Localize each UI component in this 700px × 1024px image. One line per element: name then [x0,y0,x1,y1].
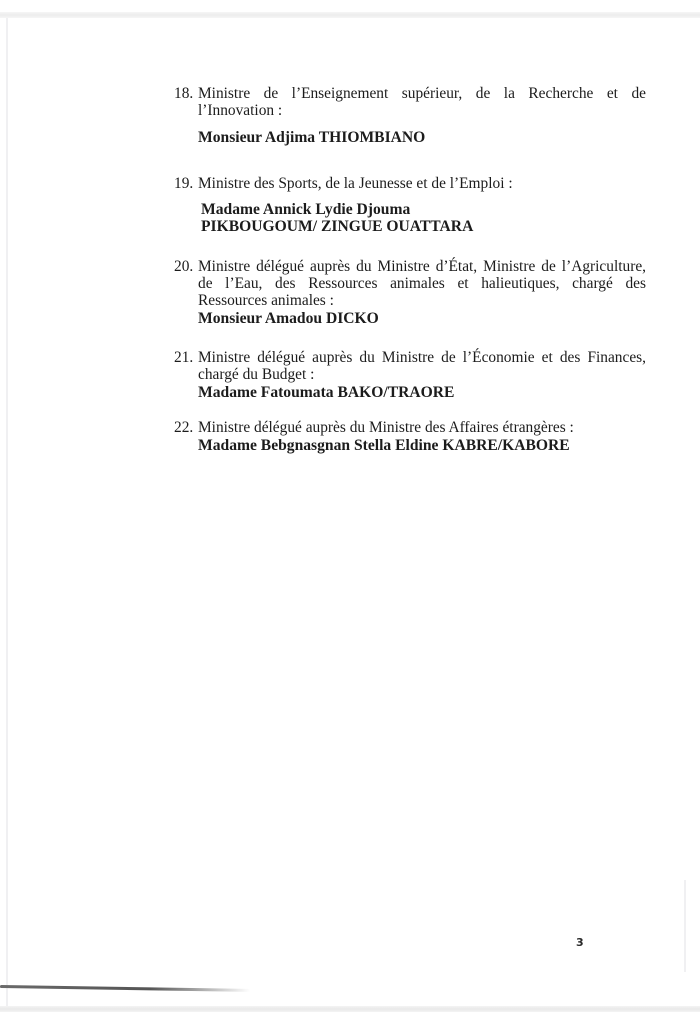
minister-name: Madame Bebgnasgnan Stella Eldine KABRE/K… [174,437,646,454]
scan-left-edge [6,18,8,1006]
minister-title: 22.Ministre délégué auprès du Ministre d… [174,419,646,436]
entry-number: 19. [174,175,198,192]
scan-top-edge [0,12,700,18]
page-number: 3 [576,936,584,949]
entry-number: 22. [174,419,198,436]
minister-entry: 22.Ministre délégué auprès du Ministre d… [174,419,646,454]
minister-title-text: Ministre des Sports, de la Jeunesse et d… [198,175,513,192]
minister-entry: 18.Ministre de l’Enseignement supérieur,… [174,85,646,146]
minister-title-text: Ministre délégué auprès du Ministre des … [198,419,574,436]
minister-name: Madame Fatoumata BAKO/TRAORE [174,384,646,401]
minister-name: Madame Annick Lydie Djouma PIKBOUGOUM/ Z… [177,201,501,235]
entry-number: 20. [174,258,198,275]
entry-number: 18. [174,85,198,102]
minister-title: 18.Ministre de l’Enseignement supérieur,… [174,85,646,119]
minister-title: 19.Ministre des Sports, de la Jeunesse e… [174,175,646,192]
minister-entry: 19.Ministre des Sports, de la Jeunesse e… [174,175,646,235]
minister-name: Monsieur Adjima THIOMBIANO [174,129,646,146]
scan-right-edge [684,880,686,972]
minister-title-text: Ministre de l’Enseignement supérieur, de… [198,85,646,119]
minister-title: 21.Ministre délégué auprès du Ministre d… [174,349,646,383]
page-edge-shadow [0,985,250,992]
minister-entry: 20.Ministre délégué auprès du Ministre d… [174,258,646,327]
minister-name: Monsieur Amadou DICKO [174,310,646,327]
scan-bottom-edge [0,1006,700,1012]
minister-title-text: Ministre délégué auprès du Ministre d’Ét… [198,258,646,309]
entry-number: 21. [174,349,198,366]
minister-title: 20.Ministre délégué auprès du Ministre d… [174,258,646,309]
minister-entry: 21.Ministre délégué auprès du Ministre d… [174,349,646,401]
minister-title-text: Ministre délégué auprès du Ministre de l… [198,349,646,383]
